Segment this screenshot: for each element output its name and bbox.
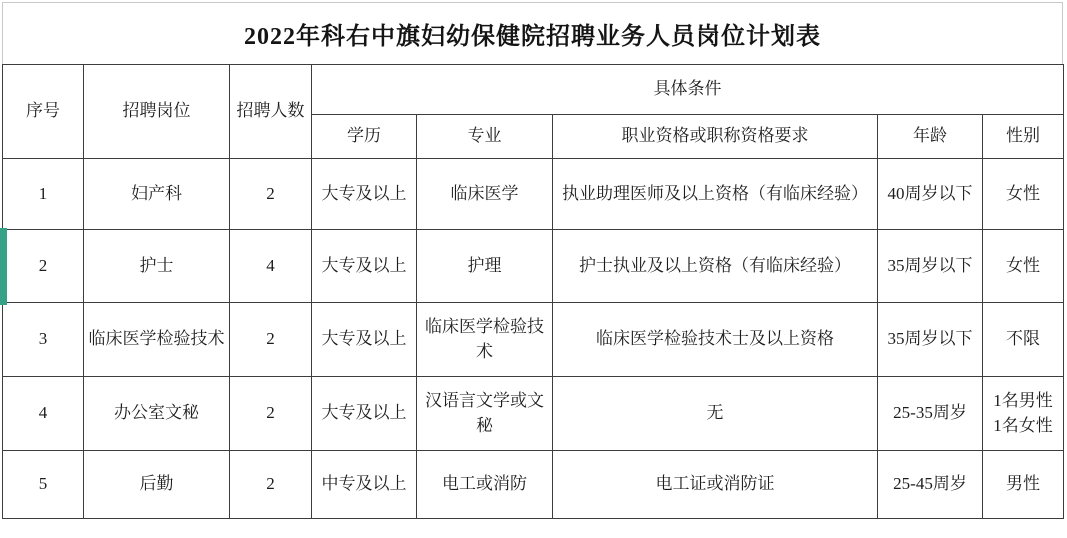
cell-qualification: 执业助理医师及以上资格（有临床经验） (553, 159, 878, 230)
title-band: 2022年科右中旗妇幼保健院招聘业务人员岗位计划表 (2, 2, 1063, 64)
cell-education: 中专及以上 (312, 451, 417, 519)
cell-major: 临床医学检验技术 (417, 303, 553, 377)
col-header-major: 专业 (417, 115, 553, 159)
cell-qualification: 电工证或消防证 (553, 451, 878, 519)
header-row-top: 序号 招聘岗位 招聘人数 具体条件 (3, 65, 1064, 115)
cell-count: 4 (230, 230, 312, 303)
cell-age: 40周岁以下 (878, 159, 983, 230)
cell-age: 35周岁以下 (878, 303, 983, 377)
cell-education: 大专及以上 (312, 377, 417, 451)
cell-position: 护士 (84, 230, 230, 303)
cell-gender: 女性 (983, 159, 1064, 230)
cell-no: 3 (3, 303, 84, 377)
cell-no: 5 (3, 451, 84, 519)
col-header-education: 学历 (312, 115, 417, 159)
cell-education: 大专及以上 (312, 230, 417, 303)
table-row: 3 临床医学检验技术 2 大专及以上 临床医学检验技术 临床医学检验技术士及以上… (3, 303, 1064, 377)
col-header-age: 年龄 (878, 115, 983, 159)
cell-no: 4 (3, 377, 84, 451)
cell-position: 妇产科 (84, 159, 230, 230)
cell-count: 2 (230, 159, 312, 230)
cell-gender: 女性 (983, 230, 1064, 303)
table-row: 2 护士 4 大专及以上 护理 护士执业及以上资格（有临床经验） 35周岁以下 … (3, 230, 1064, 303)
cell-age: 25-35周岁 (878, 377, 983, 451)
table-row: 5 后勤 2 中专及以上 电工或消防 电工证或消防证 25-45周岁 男性 (3, 451, 1064, 519)
cell-major: 电工或消防 (417, 451, 553, 519)
recruitment-table: 序号 招聘岗位 招聘人数 具体条件 学历 专业 职业资格或职称资格要求 年龄 性… (2, 64, 1064, 519)
cell-no: 1 (3, 159, 84, 230)
cell-count: 2 (230, 451, 312, 519)
col-header-conditions-group: 具体条件 (312, 65, 1064, 115)
cell-no: 2 (3, 230, 84, 303)
cell-qualification: 护士执业及以上资格（有临床经验） (553, 230, 878, 303)
cell-education: 大专及以上 (312, 159, 417, 230)
cell-gender: 1名男性 1名女性 (983, 377, 1064, 451)
cell-major: 护理 (417, 230, 553, 303)
recruitment-plan-page: 2022年科右中旗妇幼保健院招聘业务人员岗位计划表 序号 招聘岗位 招聘人数 具… (0, 0, 1067, 538)
cell-qualification: 无 (553, 377, 878, 451)
cell-age: 25-45周岁 (878, 451, 983, 519)
page-title: 2022年科右中旗妇幼保健院招聘业务人员岗位计划表 (244, 16, 821, 51)
cell-position: 临床医学检验技术 (84, 303, 230, 377)
col-header-count: 招聘人数 (230, 65, 312, 159)
cell-position: 办公室文秘 (84, 377, 230, 451)
table-row: 4 办公室文秘 2 大专及以上 汉语言文学或文秘 无 25-35周岁 1名男性 … (3, 377, 1064, 451)
cell-education: 大专及以上 (312, 303, 417, 377)
col-header-gender: 性别 (983, 115, 1064, 159)
cell-qualification: 临床医学检验技术士及以上资格 (553, 303, 878, 377)
col-header-no: 序号 (3, 65, 84, 159)
cell-major: 临床医学 (417, 159, 553, 230)
cell-count: 2 (230, 377, 312, 451)
col-header-qualification: 职业资格或职称资格要求 (553, 115, 878, 159)
green-accent-bar (0, 228, 7, 305)
cell-major: 汉语言文学或文秘 (417, 377, 553, 451)
table-row: 1 妇产科 2 大专及以上 临床医学 执业助理医师及以上资格（有临床经验） 40… (3, 159, 1064, 230)
cell-gender: 男性 (983, 451, 1064, 519)
col-header-position: 招聘岗位 (84, 65, 230, 159)
cell-age: 35周岁以下 (878, 230, 983, 303)
cell-count: 2 (230, 303, 312, 377)
cell-position: 后勤 (84, 451, 230, 519)
cell-gender: 不限 (983, 303, 1064, 377)
